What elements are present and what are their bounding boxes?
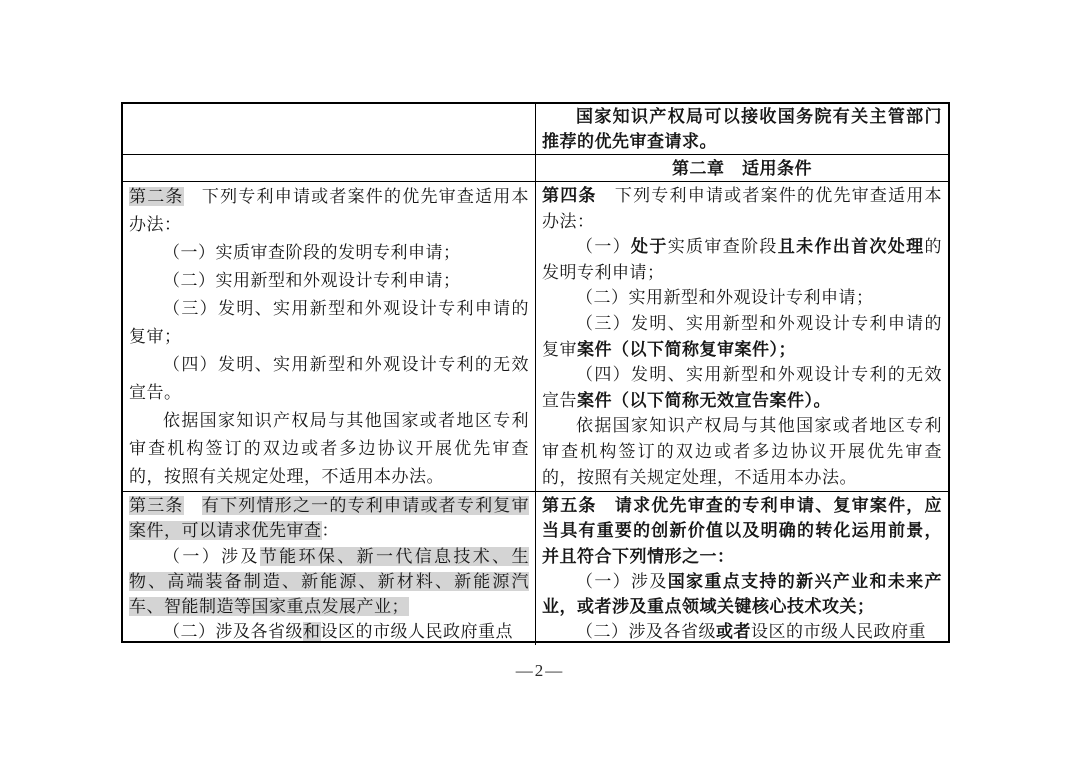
text-run: （一） — [576, 237, 631, 256]
bold-text: 国家知识产权局可以接收国务院有关主管部门推荐的优先审查请求。 — [542, 107, 942, 151]
table-row-intro: 国家知识产权局可以接收国务院有关主管部门推荐的优先审查请求。 — [123, 104, 948, 155]
paragraph: （一）处于实质审查阶段且未作出首次处理的发明专利申请； — [542, 234, 942, 285]
bold-text: 第五条 请求优先审查的专利申请、复审案件，应当具有重要的创新价值以及明确的转化运… — [542, 496, 942, 566]
bold-text: 或者 — [716, 622, 751, 641]
text-run: （一）涉及 — [576, 572, 668, 591]
text-run: 下列专利申请或者案件的优先审查适用本办法： — [129, 187, 529, 234]
table-row-chapter-heading: 第二章 适用条件 — [123, 155, 948, 182]
text-run: 下列专利申请或者案件的优先审查适用本办法： — [542, 186, 942, 231]
paragraph: 第二条 下列专利申请或者案件的优先审查适用本办法： — [129, 183, 529, 239]
paragraph: 第二章 适用条件 — [542, 156, 942, 181]
empty-cell-old-intro — [123, 104, 535, 154]
text-run: （一）实质审查阶段的发明专利申请； — [163, 243, 461, 262]
cell-article-4-new: 第四条 下列专利申请或者案件的优先审查适用本办法：（一）处于实质审查阶段且未作出… — [535, 182, 948, 491]
cell-article-2-old: 第二条 下列专利申请或者案件的优先审查适用本办法：（一）实质审查阶段的发明专利申… — [123, 182, 535, 491]
paragraph: （二）涉及各省级或者设区的市级人民政府重 — [542, 619, 942, 644]
paragraph: （二）实用新型和外观设计专利申请； — [129, 267, 529, 295]
bold-text: 第二章 适用条件 — [672, 159, 812, 178]
paragraph: 第五条 请求优先审查的专利申请、复审案件，应当具有重要的创新价值以及明确的转化运… — [542, 493, 942, 569]
cell-article-3-old: 第三条 有下列情形之一的专利申请或者专利复审案件，可以请求优先审查：（一）涉及节… — [123, 492, 535, 645]
paragraph: 依据国家知识产权局与其他国家或者地区专利审查机构签订的双边或者多边协议开展优先审… — [542, 413, 942, 490]
highlighted-text: 第二条 — [129, 187, 184, 206]
text-run: （四）发明、实用新型和外观设计专利的无效宣告。 — [129, 355, 529, 402]
text-run: ： — [322, 521, 340, 540]
bold-text: 案件（以下简称复审案件）； — [577, 340, 796, 359]
paragraph: 第四条 下列专利申请或者案件的优先审查适用本办法： — [542, 183, 942, 234]
paragraph: （三）发明、实用新型和外观设计专利申请的复审； — [129, 295, 529, 351]
text-run: 依据国家知识产权局与其他国家或者地区专利审查机构签订的双边或者多边协议开展优先审… — [129, 411, 529, 486]
cell-new-intro-continuation: 国家知识产权局可以接收国务院有关主管部门推荐的优先审查请求。 — [535, 104, 948, 154]
paragraph: （一）涉及节能环保、新一代信息技术、生物、高端装备制造、新能源、新材料、新能源汽… — [129, 544, 529, 620]
text-run: 设区的市级人民政府重点 — [321, 622, 514, 641]
paragraph: 第三条 有下列情形之一的专利申请或者专利复审案件，可以请求优先审查： — [129, 493, 529, 544]
paragraph: 国家知识产权局可以接收国务院有关主管部门推荐的优先审查请求。 — [542, 105, 942, 154]
highlighted-text: 第三条 — [129, 496, 184, 515]
paragraph: （一）涉及国家重点支持的新兴产业和未来产业，或者涉及重点领域关键核心技术攻关； — [542, 569, 942, 620]
bold-text: 且未作出首次处理 — [778, 237, 925, 256]
revision-comparison-table: 国家知识产权局可以接收国务院有关主管部门推荐的优先审查请求。 第二章 适用条件 … — [121, 102, 950, 643]
bold-text: 第四条 — [542, 186, 597, 205]
table-row-article-2-vs-4: 第二条 下列专利申请或者案件的优先审查适用本办法：（一）实质审查阶段的发明专利申… — [123, 182, 948, 492]
page-number: —2— — [0, 661, 1080, 681]
bold-text: 处于 — [631, 237, 668, 256]
paragraph: （二）涉及各省级和设区的市级人民政府重点 — [129, 619, 529, 644]
paragraph: （一）实质审查阶段的发明专利申请； — [129, 239, 529, 267]
bold-text: 案件（以下简称无效宣告案件）。 — [577, 391, 831, 410]
highlighted-text: 和 — [303, 622, 321, 641]
text-run: （二）涉及各省级 — [163, 622, 303, 641]
empty-cell-old-chapter — [123, 155, 535, 181]
text-run: （三）发明、实用新型和外观设计专利申请的复审； — [129, 299, 529, 346]
text-run — [184, 496, 202, 515]
text-run: （二）实用新型和外观设计专利申请； — [163, 271, 461, 290]
text-run: （一）涉及 — [163, 547, 260, 566]
paragraph: （二）实用新型和外观设计专利申请； — [542, 285, 942, 311]
text-run: 实质审查阶段 — [668, 237, 778, 256]
paragraph: 依据国家知识产权局与其他国家或者地区专利审查机构签订的双边或者多边协议开展优先审… — [129, 407, 529, 491]
text-run: （二）实用新型和外观设计专利申请； — [576, 288, 874, 307]
paragraph: （四）发明、实用新型和外观设计专利的无效宣告。 — [129, 351, 529, 407]
paragraph: （三）发明、实用新型和外观设计专利申请的复审案件（以下简称复审案件）； — [542, 311, 942, 362]
cell-article-5-new: 第五条 请求优先审查的专利申请、复审案件，应当具有重要的创新价值以及明确的转化运… — [535, 492, 948, 645]
paragraph: （四）发明、实用新型和外观设计专利的无效宣告案件（以下简称无效宣告案件）。 — [542, 362, 942, 413]
table-row-article-3-vs-5: 第三条 有下列情形之一的专利申请或者专利复审案件，可以请求优先审查：（一）涉及节… — [123, 492, 948, 645]
text-run: 依据国家知识产权局与其他国家或者地区专利审查机构签订的双边或者多边协议开展优先审… — [542, 416, 942, 486]
text-run: （二）涉及各省级 — [576, 622, 716, 641]
cell-chapter-heading: 第二章 适用条件 — [535, 155, 948, 181]
text-run: 设区的市级人民政府重 — [751, 622, 926, 641]
